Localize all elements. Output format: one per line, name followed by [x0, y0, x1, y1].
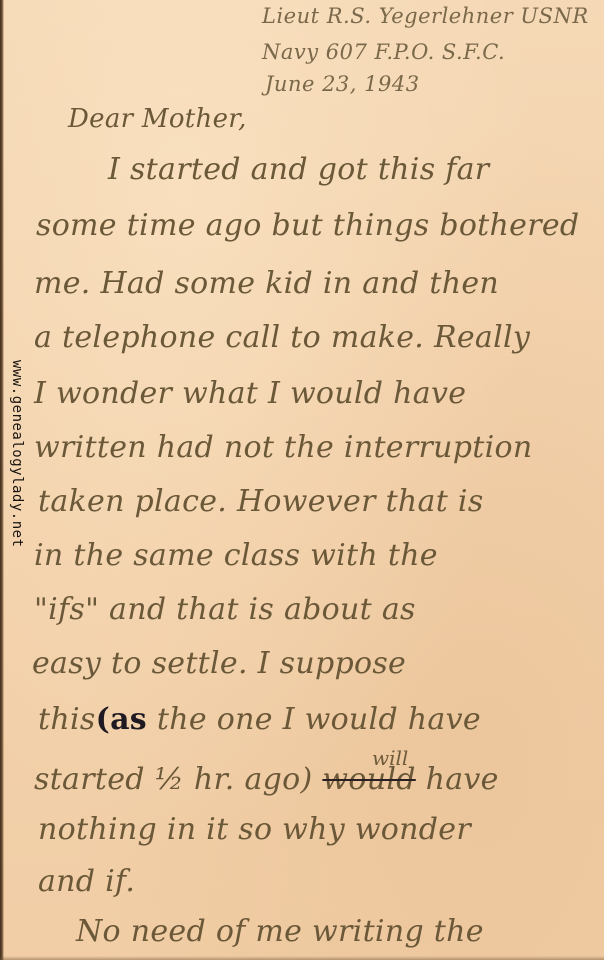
letter-line-8: in the same class with the	[34, 538, 438, 573]
letter-line-2: some time ago but things bothered	[36, 208, 579, 243]
letter-line-4: a telephone call to make. Really	[34, 320, 530, 355]
line-12-end: have	[426, 762, 499, 797]
salutation: Dear Mother,	[68, 104, 247, 134]
date-line: June 23, 1943	[265, 72, 420, 96]
page-left-edge	[0, 0, 4, 960]
letter-line-5: I wonder what I would have	[34, 376, 466, 411]
letter-line-3: me. Had some kid in and then	[34, 266, 499, 301]
letter-line-13: nothing in it so why wonder	[38, 812, 471, 847]
watermark-text: www.genealogylady.net	[6, 360, 28, 590]
line-12-start: started ½ hr. ago)	[34, 762, 313, 797]
letter-line-6: written had not the interruption	[34, 430, 533, 465]
letter-line-1: I started and got this far	[108, 152, 489, 187]
page-bottom-edge	[0, 956, 604, 960]
line-11-end: the one I would have	[157, 702, 481, 737]
struck-word: would	[322, 762, 415, 797]
letter-line-11: this(as the one I would have	[38, 702, 481, 737]
sender-line: Lieut R.S. Yegerlehner USNR	[262, 4, 589, 28]
address-line: Navy 607 F.P.O. S.F.C.	[262, 40, 505, 64]
letter-line-14: and if.	[38, 864, 135, 899]
letter-line-7: taken place. However that is	[38, 484, 484, 519]
line-11-start: this	[38, 702, 96, 737]
letter-line-12: started ½ hr. ago) would have	[34, 762, 499, 797]
letter-line-9: "ifs" and that is about as	[34, 592, 416, 627]
letter-line-10: easy to settle. I suppose	[32, 646, 406, 681]
letter-line-15: No need of me writing the	[76, 914, 484, 949]
inserted-dark-text: (as	[96, 702, 147, 737]
letter-page: www.genealogylady.net Lieut R.S. Yegerle…	[0, 0, 604, 960]
